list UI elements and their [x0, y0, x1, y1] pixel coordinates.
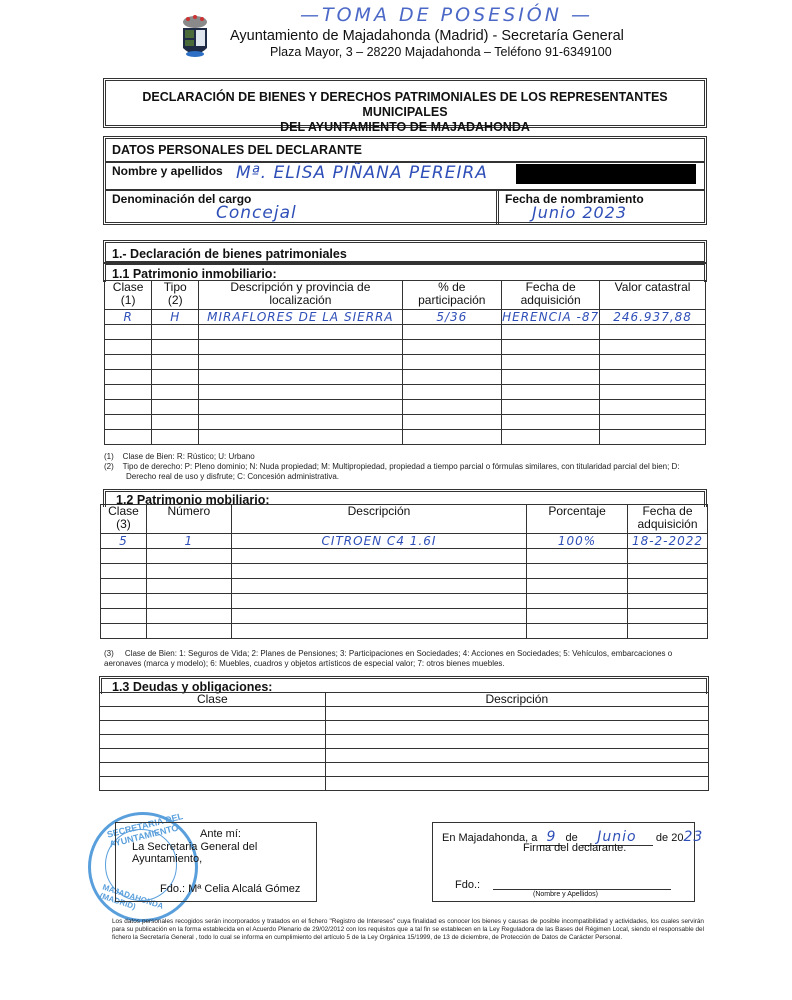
footnote-text-3: Clase de Bien: 1: Seguros de Vida; 2: Pl… — [104, 649, 672, 668]
secretary-signed-name: Fdo.: Mª Celia Alcalá Gómez — [160, 883, 300, 895]
privacy-notice: Los datos personales recogidos serán inc… — [112, 918, 704, 942]
personal-data-section: DATOS PERSONALES DEL DECLARANTE Nombre y… — [103, 136, 707, 225]
table-cell[interactable] — [199, 415, 402, 430]
table-cell[interactable] — [402, 325, 502, 340]
table-cell[interactable] — [100, 763, 326, 777]
table-cell[interactable] — [146, 564, 231, 579]
table-row: RHMIRAFLORES DE LA SIERRA5/36HERENCIA -8… — [105, 310, 706, 325]
title-line-2: DEL AYUNTAMIENTO DE MAJADAHONDA — [106, 120, 704, 135]
table-cell[interactable] — [152, 325, 199, 340]
table-cell[interactable] — [199, 400, 402, 415]
table-cell[interactable] — [502, 340, 600, 355]
footnote-mark-3: (3) — [104, 649, 114, 658]
table-row — [105, 400, 706, 415]
table-cell[interactable]: CITROEN C4 1.6I — [231, 534, 526, 549]
table-cell[interactable] — [527, 549, 628, 564]
table-row — [105, 370, 706, 385]
table-cell[interactable] — [527, 579, 628, 594]
table-row — [105, 430, 706, 445]
municipal-coat-of-arms-icon — [180, 14, 210, 60]
table-cell[interactable] — [502, 370, 600, 385]
real-estate-table: Clase(1)Tipo(2)Descripción y provincia d… — [104, 280, 706, 445]
table-cell[interactable] — [231, 624, 526, 639]
name-hint: (Nombre y Apellidos) — [533, 891, 598, 898]
movables-table: Clase(3)NúmeroDescripciónPorcentajeFecha… — [100, 504, 708, 639]
table-cell[interactable] — [146, 549, 231, 564]
table-row — [101, 549, 708, 564]
table-cell[interactable] — [146, 609, 231, 624]
table-cell[interactable]: 246.937,88 — [600, 310, 706, 325]
secretary-box: Ante mí: La Secretaria General del Ayunt… — [115, 822, 317, 902]
table-cell[interactable] — [402, 400, 502, 415]
table-row — [101, 564, 708, 579]
table-cell[interactable] — [105, 385, 152, 400]
table-cell[interactable] — [101, 549, 147, 564]
table-row — [100, 749, 709, 763]
footnote-2: (2) Tipo de derecho: P: Pleno dominio; N… — [104, 462, 704, 482]
table-cell[interactable] — [100, 749, 326, 763]
table-cell[interactable] — [325, 777, 708, 791]
real-estate-heading: 1.1 Patrimonio inmobiliario: — [112, 267, 277, 281]
table-cell[interactable]: H — [152, 310, 199, 325]
table-cell[interactable]: 100% — [527, 534, 628, 549]
table-cell[interactable] — [105, 400, 152, 415]
table-cell[interactable] — [325, 735, 708, 749]
column-header: Descripción — [231, 505, 526, 534]
position-value[interactable]: Concejal — [216, 203, 297, 223]
table-cell[interactable] — [325, 763, 708, 777]
table-cell[interactable] — [101, 609, 147, 624]
table-cell[interactable]: HERENCIA -87 — [502, 310, 600, 325]
table-cell[interactable] — [402, 340, 502, 355]
column-header: Descripción y provincia delocalización — [199, 281, 402, 310]
organization-line: Ayuntamiento de Majadahonda (Madrid) - S… — [230, 28, 624, 44]
column-header: Fecha deadquisición — [502, 281, 600, 310]
column-header: Número — [146, 505, 231, 534]
table-cell[interactable] — [502, 355, 600, 370]
table-row — [101, 624, 708, 639]
table-row — [101, 609, 708, 624]
table-cell[interactable] — [600, 340, 706, 355]
table-cell[interactable] — [502, 400, 600, 415]
section-1-heading: 1.- Declaración de bienes patrimoniales — [112, 247, 347, 261]
table-cell[interactable] — [152, 340, 199, 355]
table-cell[interactable] — [146, 579, 231, 594]
table-row — [105, 385, 706, 400]
footnote-1: (1) Clase de Bien: R: Rústico; U: Urbano — [104, 452, 704, 462]
table-cell[interactable] — [627, 594, 707, 609]
table-cell[interactable] — [199, 355, 402, 370]
table-cell[interactable] — [199, 430, 402, 445]
column-header: Tipo(2) — [152, 281, 199, 310]
table-cell[interactable] — [105, 430, 152, 445]
table-cell[interactable] — [105, 370, 152, 385]
table-cell[interactable] — [527, 564, 628, 579]
table-row: 51CITROEN C4 1.6I100%18-2-2022 — [101, 534, 708, 549]
address-line: Plaza Mayor, 3 – 28220 Majadahonda – Tel… — [270, 45, 612, 59]
table-cell[interactable]: 5 — [101, 534, 147, 549]
table-cell[interactable] — [199, 385, 402, 400]
table-cell[interactable]: 1 — [146, 534, 231, 549]
table-cell[interactable] — [600, 355, 706, 370]
table-cell[interactable] — [146, 624, 231, 639]
table-cell[interactable] — [105, 415, 152, 430]
table-cell[interactable] — [231, 564, 526, 579]
table-cell[interactable] — [100, 735, 326, 749]
table-cell[interactable] — [152, 430, 199, 445]
table-cell[interactable] — [627, 564, 707, 579]
table-cell[interactable] — [152, 355, 199, 370]
secretary-title: La Secretaria General del Ayuntamiento, — [132, 841, 316, 865]
table-cell[interactable] — [402, 415, 502, 430]
fdo-label: Fdo.: — [455, 879, 480, 891]
debts-table: ClaseDescripción — [99, 692, 709, 791]
column-header: % departicipación — [402, 281, 502, 310]
table-cell[interactable] — [152, 415, 199, 430]
table-cell[interactable] — [527, 624, 628, 639]
name-label: Nombre y apellidos — [112, 164, 223, 178]
table-cell[interactable] — [231, 579, 526, 594]
table-cell[interactable] — [100, 707, 326, 721]
appointment-cell: Fecha de nombramiento Junio 2023 — [502, 191, 704, 224]
real-estate-heading-box: 1.1 Patrimonio inmobiliario: — [103, 262, 707, 282]
table-cell[interactable] — [627, 549, 707, 564]
table-cell[interactable] — [100, 721, 326, 735]
name-row: Nombre y apellidos Mª. ELISA PIÑANA PERE… — [106, 161, 704, 191]
table-cell[interactable] — [152, 385, 199, 400]
ante-mi-label: Ante mí: — [200, 828, 241, 840]
column-header: Valor catastral — [600, 281, 706, 310]
table-cell[interactable] — [502, 325, 600, 340]
table-cell[interactable] — [502, 415, 600, 430]
column-header: Descripción — [325, 693, 708, 707]
signature-label: Firma del declarante. — [523, 842, 626, 854]
movables-footnote: (3) Clase de Bien: 1: Seguros de Vida; 2… — [104, 649, 704, 669]
table-cell[interactable] — [101, 564, 147, 579]
column-header: Clase — [100, 693, 326, 707]
table-cell[interactable] — [146, 594, 231, 609]
column-header: Clase(3) — [101, 505, 147, 534]
table-row — [100, 777, 709, 791]
section-1-heading-box: 1.- Declaración de bienes patrimoniales — [103, 240, 707, 264]
table-row — [101, 579, 708, 594]
table-cell[interactable] — [402, 430, 502, 445]
table-cell[interactable] — [199, 325, 402, 340]
table-cell[interactable] — [600, 385, 706, 400]
table-row — [105, 325, 706, 340]
table-cell[interactable] — [402, 385, 502, 400]
table-row — [101, 594, 708, 609]
position-cell: Denominación del cargo Concejal — [106, 191, 499, 224]
table-cell[interactable] — [325, 749, 708, 763]
appointment-value[interactable]: Junio 2023 — [532, 203, 627, 222]
declarant-signature-box: En Majadahonda, a 9 de Junio de 2023 Fir… — [432, 822, 695, 902]
table-cell[interactable] — [152, 400, 199, 415]
table-cell[interactable] — [502, 385, 600, 400]
table-row — [105, 355, 706, 370]
table-cell[interactable] — [105, 325, 152, 340]
table-cell[interactable]: R — [105, 310, 152, 325]
table-row — [100, 721, 709, 735]
table-cell[interactable] — [402, 355, 502, 370]
table-cell[interactable] — [199, 340, 402, 355]
table-cell[interactable]: 18-2-2022 — [627, 534, 707, 549]
redaction-bar — [516, 164, 696, 184]
table-cell[interactable] — [101, 594, 147, 609]
table-cell[interactable] — [527, 609, 628, 624]
table-cell[interactable] — [199, 370, 402, 385]
table-cell[interactable]: MIRAFLORES DE LA SIERRA — [199, 310, 402, 325]
table-cell[interactable] — [627, 624, 707, 639]
de-label-2: de 20 — [656, 832, 684, 844]
table-cell[interactable] — [231, 609, 526, 624]
title-line-1: DECLARACIÓN DE BIENES Y DERECHOS PATRIMO… — [106, 90, 704, 120]
document-title: DECLARACIÓN DE BIENES Y DERECHOS PATRIMO… — [103, 78, 707, 128]
personal-data-heading-row: DATOS PERSONALES DEL DECLARANTE — [106, 139, 704, 163]
column-header: Fecha deadquisición — [627, 505, 707, 534]
table-cell[interactable] — [231, 594, 526, 609]
table-row — [100, 735, 709, 749]
column-header: Clase(1) — [105, 281, 152, 310]
table-cell[interactable] — [101, 624, 147, 639]
table-cell[interactable] — [600, 325, 706, 340]
table-cell[interactable] — [105, 355, 152, 370]
table-cell[interactable] — [600, 415, 706, 430]
personal-data-heading: DATOS PERSONALES DEL DECLARANTE — [112, 143, 362, 157]
table-cell[interactable] — [105, 340, 152, 355]
table-cell[interactable] — [627, 609, 707, 624]
table-row — [100, 763, 709, 777]
table-cell[interactable] — [600, 400, 706, 415]
table-cell[interactable] — [600, 430, 706, 445]
table-cell[interactable] — [231, 549, 526, 564]
real-estate-footnotes: (1) Clase de Bien: R: Rústico; U: Urbano… — [104, 452, 704, 482]
handwritten-title: —TOMA DE POSESIÓN — — [300, 4, 593, 26]
year-field[interactable]: 23 — [683, 829, 703, 845]
table-cell[interactable] — [325, 707, 708, 721]
table-row — [105, 415, 706, 430]
table-cell[interactable] — [502, 430, 600, 445]
table-cell[interactable] — [527, 594, 628, 609]
table-cell[interactable]: 5/36 — [402, 310, 502, 325]
table-cell[interactable] — [100, 777, 326, 791]
table-cell[interactable] — [600, 370, 706, 385]
column-header: Porcentaje — [527, 505, 628, 534]
signature-line[interactable] — [493, 889, 671, 890]
table-cell[interactable] — [101, 579, 147, 594]
table-cell[interactable] — [402, 370, 502, 385]
table-cell[interactable] — [325, 721, 708, 735]
table-row — [105, 340, 706, 355]
table-cell[interactable] — [627, 579, 707, 594]
table-cell[interactable] — [152, 370, 199, 385]
table-row — [100, 707, 709, 721]
name-value[interactable]: Mª. ELISA PIÑANA PEREIRA — [236, 163, 488, 183]
